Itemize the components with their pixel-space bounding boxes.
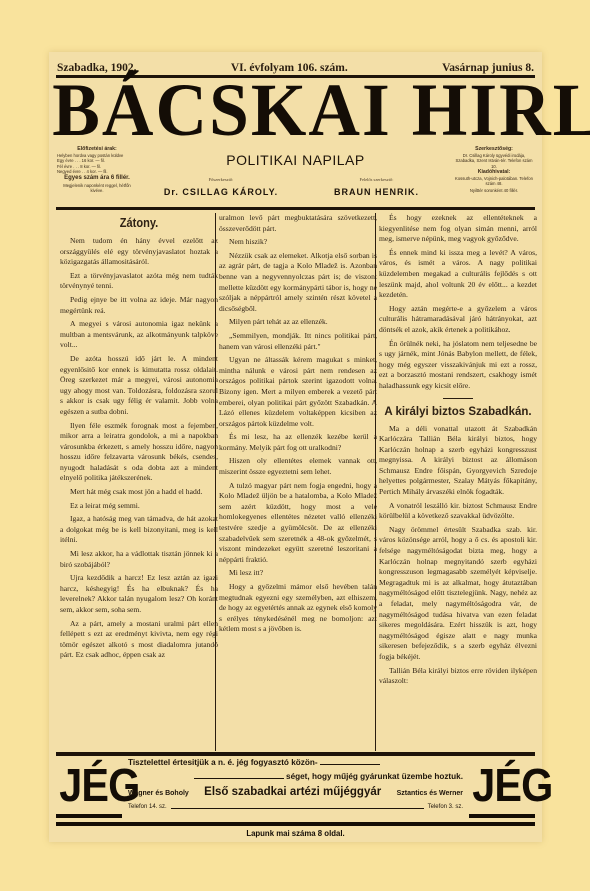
paragraph: „Semmilyen, mondják. Itt nincs politikai… — [219, 331, 377, 352]
paragraph: Nem hiszik? — [219, 237, 377, 248]
editorial-heading: Szerkesztőség: — [454, 146, 534, 153]
column-3: És hogy ezeknek az ellentéteknek a kiegy… — [379, 213, 537, 751]
paragraph: Ugyan ne áltassák kérem magukat s minket… — [219, 355, 377, 429]
paragraph: A megyei s városi autonomia igaz nekünk … — [60, 319, 218, 351]
paragraph: De azóta hosszú idő járt le. A mindent e… — [60, 354, 218, 418]
article-body: Ma a déli vonattal utazott át Szabadkán … — [379, 424, 537, 687]
editor-role: Főszerkesztő: — [161, 177, 281, 182]
paragraph: Ezt a törvényjavaslatot azóta még nem tu… — [60, 271, 218, 292]
publishing-heading: Kiadóhivatal: — [454, 169, 534, 176]
paragraph: És ennek mind ki issza meg a levét? A vá… — [379, 248, 537, 301]
section-divider — [443, 398, 473, 399]
masthead-bottom-rule — [56, 207, 535, 210]
ad-price: Nyilttér soronként 40 fillér. — [454, 188, 534, 193]
column-divider — [215, 213, 216, 751]
paragraph: Ma a déli vonattal utazott át Szabadkán … — [379, 424, 537, 498]
page-count-note: Lapunk mai száma 8 oldal. — [49, 829, 542, 838]
paragraph: Ez a leirat még semmi. — [60, 501, 218, 512]
ad-bar — [56, 814, 122, 818]
editorial-text: Dr. Csillag Károly ügyvédi irodája, Szab… — [454, 153, 534, 169]
paragraph: Nem tudom én hány évvel ezelőtt az orszá… — [60, 236, 218, 268]
ad-firm-left: Wagner és Boholy — [128, 786, 189, 802]
article-body: És hogy ezeknek az ellentéteknek a kiegy… — [379, 213, 537, 392]
article-body: uralmon levő párt megbuktatására szövetk… — [219, 213, 377, 635]
editor-role: Felelős szerkesztő: — [319, 177, 434, 182]
paragraph: És hogy ezeknek az ellentéteknek a kiegy… — [379, 213, 537, 245]
column-1: Zátony. Nem tudom én hány évvel ezelőtt … — [60, 213, 218, 751]
paragraph: Igaz, a hatóság meg van támadva, de hát … — [60, 514, 218, 546]
paragraph: A vonatról leszálló kir. biztost Schmaus… — [379, 501, 537, 522]
ad-phone-right: Telefon 3. sz. — [428, 802, 463, 812]
article-title: Zátony. — [72, 213, 206, 233]
ice-factory-advertisement: JÉG Tisztelettel értesitjük a n. é. jég … — [56, 756, 535, 826]
article-title: A királyi biztos Szabadkán. — [379, 403, 537, 421]
editor-in-chief: Főszerkesztő: Dr. CSILLAG KÁROLY. — [161, 177, 281, 197]
ad-phone-left: Telefon 14. sz. — [128, 802, 167, 812]
paragraph: Hiszen oly ellentétes elemek vannak ott,… — [219, 456, 377, 477]
paragraph: Pedig ejnye be itt volna az ideje. Már n… — [60, 295, 218, 316]
subscription-box: Előfizetési árak: Helyben hordva vagy po… — [57, 146, 137, 194]
paragraph: Milyen párt tehát az az ellenzék. — [219, 317, 377, 328]
paragraph: Nézzük csak az elemeket. Alkotja első so… — [219, 251, 377, 315]
responsible-editor: Felelős szerkesztő: BRAUN HENRIK. — [319, 177, 434, 197]
newspaper-page: Szabadka, 1902. VI. évfolyam 106. szám. … — [49, 52, 542, 842]
paragraph: uralmon levő párt megbuktatására szövetk… — [219, 213, 377, 234]
paragraph: És mi lesz, ha az ellenzék kezébe kerül … — [219, 432, 377, 453]
paragraph: Mi lesz itt? — [219, 568, 377, 579]
masthead-title: BÁCSKAI HIRLAP — [52, 78, 539, 145]
ad-main-name: Első szabadkai artézi műjéggyár — [204, 784, 381, 800]
paragraph: Tallián Béla királyi biztos erre röviden… — [379, 666, 537, 687]
column-divider — [375, 213, 376, 751]
paragraph: Én örülnék neki, ha jóslatom nem teljese… — [379, 339, 537, 392]
paragraph: Mi lesz akkor, ha a vádlottak tisztán jö… — [60, 549, 218, 570]
ad-line: séget, hogy műjég gyárunkat üzembe hoztu… — [286, 772, 463, 781]
paragraph: Hogy a győzelmi mámor első hevében talán… — [219, 582, 377, 635]
ad-big-word: JÉG — [59, 760, 118, 810]
office-box: Szerkesztőség: Dr. Csillag Károly ügyvéd… — [454, 146, 534, 194]
paragraph: Nagy örömmel értesült Szabadka szab. kir… — [379, 525, 537, 663]
publishing-text: Kossuth-utcza, Vojnich-palotában. Telefo… — [454, 176, 534, 187]
article-body: Nem tudom én hány évvel ezelőtt az orszá… — [60, 236, 218, 661]
paragraph: Ilyen féle eszmék forognak most a fejemb… — [60, 421, 218, 485]
subscription-heading: Előfizetési árak: — [57, 146, 137, 153]
ad-firm-right: Sztantics és Werner — [397, 786, 463, 802]
paragraph: A tulzó magyar párt nem fogja engedni, h… — [219, 481, 377, 566]
paragraph: Ujra kezdődik a harcz! Ez lesz aztán az … — [60, 573, 218, 615]
masthead-subtitle: POLITIKAI NAPILAP — [179, 152, 412, 168]
paragraph: Az a párt, amely a mostani uralmi párt e… — [60, 619, 218, 661]
editor-name: Dr. CSILLAG KÁROLY. — [161, 187, 281, 197]
ad-line: Tisztelettel értesitjük a n. é. jég fogy… — [128, 758, 318, 767]
single-price: Egyes szám ára 6 fillér. — [57, 174, 137, 183]
ad-big-word: JÉG — [472, 760, 531, 810]
ad-text: Tisztelettel értesitjük a n. é. jég fogy… — [128, 756, 463, 818]
publication-note: Megjelenik naponként reggel, hétfőn kivé… — [57, 183, 137, 194]
column-2: uralmon levő párt megbuktatására szövetk… — [219, 213, 377, 751]
editor-name: BRAUN HENRIK. — [319, 187, 434, 197]
ad-bottom-rule — [56, 822, 535, 826]
ad-bar — [469, 814, 535, 818]
paragraph: Hogy aztán megérte-e a győzelem a város … — [379, 304, 537, 336]
paragraph: Mert hát még csak most jön a hadd el had… — [60, 487, 218, 498]
